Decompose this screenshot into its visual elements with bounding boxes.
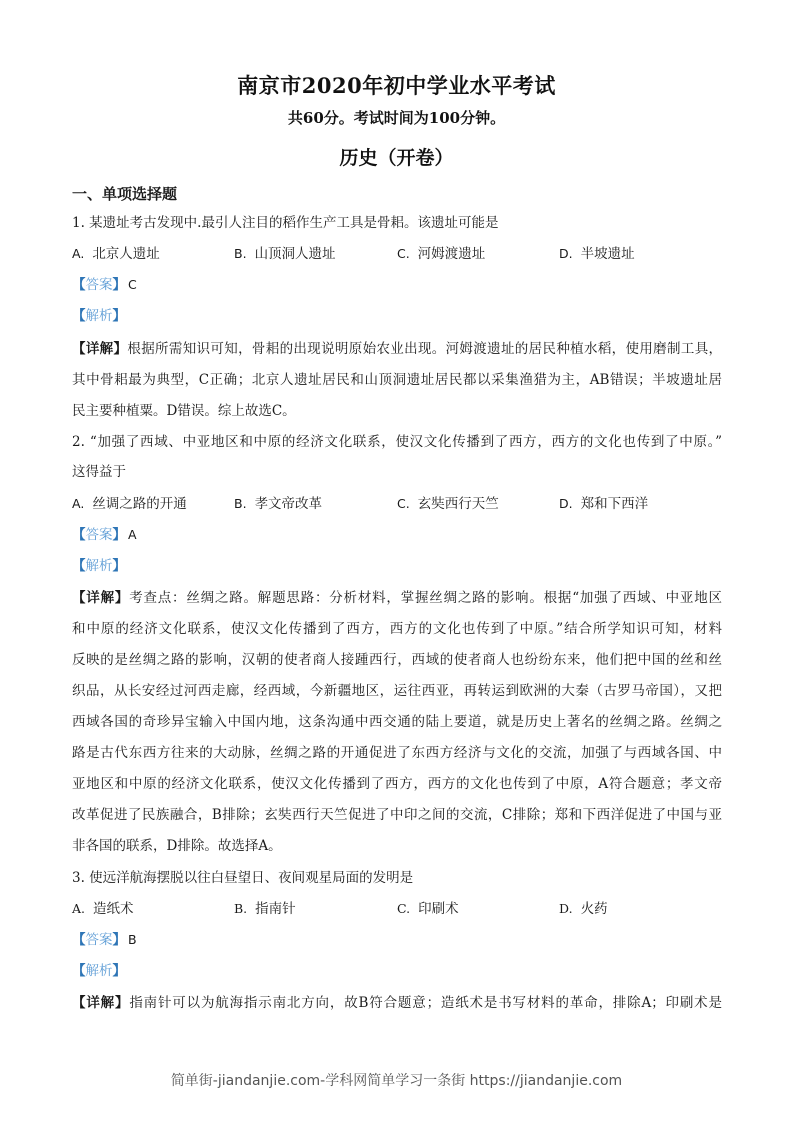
option-letter: C. — [397, 246, 410, 261]
question-1-detail-line: 民主要种植粟。D错误。综上故选C。 — [72, 402, 296, 420]
answer-tag: 【答案】 — [72, 932, 126, 948]
question-1-detail-line: 【详解】根据所需知识可知，骨耜的出现说明原始农业出现。河姆渡遗址的居民种植水稻，… — [72, 340, 722, 358]
analysis-tag: 【解析】 — [72, 558, 126, 574]
option-letter: A. — [72, 901, 85, 916]
detail-tag: 【详解】 — [72, 590, 129, 606]
question-2-detail-line: 反映的是丝绸之路的影响，汉朝的使者商人接踵西行，西域的使者商人也纷纷东来，他们把… — [72, 651, 722, 669]
question-3-option-b: B.指南针 — [234, 900, 296, 918]
option-letter: C. — [397, 901, 410, 916]
exam-title: 南京市2020年初中学业水平考试 — [0, 70, 793, 100]
question-3-option-c: C.印刷术 — [397, 900, 459, 918]
question-2-detail-line: 和中原的经济文化联系，使汉文化传播到了西方，西方的文化也传到了中原。”结合所学知… — [72, 620, 722, 638]
analysis-tag: 【解析】 — [72, 963, 126, 979]
question-1-option-b: B.山顶洞人遗址 — [234, 245, 336, 263]
option-text: 北京人遗址 — [92, 246, 160, 262]
question-2-detail-line: 非各国的联系，D排除。故选择A。 — [72, 837, 282, 855]
question-3-analysis-tag: 【解析】 — [72, 962, 126, 980]
question-2-option-d: D.郑和下西洋 — [559, 495, 648, 513]
option-text: 造纸术 — [93, 901, 134, 917]
answer-value: C — [128, 277, 137, 292]
option-letter: D. — [559, 246, 573, 261]
question-1-option-c: C.河姆渡遗址 — [397, 245, 485, 263]
question-1-stem: 1. 某遗址考古发现中.最引人注目的稻作生产工具是骨耜。该遗址可能是 — [72, 214, 498, 232]
analysis-tag: 【解析】 — [72, 308, 126, 324]
detail-tag: 【详解】 — [72, 341, 127, 357]
option-letter: B. — [234, 496, 247, 511]
page-footer-watermark: 简单街-jiandanjie.com-学科网简单学习一条街 https://ji… — [0, 1070, 793, 1090]
answer-value: B — [128, 932, 137, 947]
question-3-option-d: D.火药 — [559, 900, 608, 918]
option-text: 玄奘西行天竺 — [418, 496, 499, 512]
option-text: 郑和下西洋 — [581, 496, 649, 512]
question-2-detail-line: 西域各国的奇珍异宝输入中国内地，这条沟通中西交通的陆上要道，就是历史上著名的丝绸… — [72, 713, 722, 731]
question-1-answer: 【答案】C — [72, 276, 137, 294]
question-1-detail-line: 其中骨耜最为典型，C正确；北京人遗址居民和山顶洞遗址居民都以采集渔猎为主，AB错… — [72, 371, 722, 389]
answer-value: A — [128, 527, 137, 542]
option-text: 孝文帝改革 — [255, 496, 323, 512]
detail-tag: 【详解】 — [72, 995, 129, 1011]
question-1-option-d: D.半坡遗址 — [559, 245, 635, 263]
option-letter: D. — [559, 496, 573, 511]
option-letter: D. — [559, 901, 573, 916]
option-letter: A. — [72, 496, 84, 511]
option-text: 火药 — [581, 901, 608, 917]
option-letter: B. — [234, 246, 247, 261]
question-2-option-b: B.孝文帝改革 — [234, 495, 322, 513]
question-2-analysis-tag: 【解析】 — [72, 557, 126, 575]
question-3-answer: 【答案】B — [72, 931, 137, 949]
option-text: 指南针 — [255, 901, 296, 917]
question-1-option-a: A.北京人遗址 — [72, 245, 160, 263]
option-text: 半坡遗址 — [581, 246, 635, 262]
question-1-analysis-tag: 【解析】 — [72, 307, 126, 325]
option-letter: C. — [397, 496, 410, 511]
option-text: 河姆渡遗址 — [418, 246, 486, 262]
question-2-answer: 【答案】A — [72, 526, 137, 544]
question-2-stem: 这得益于 — [72, 463, 126, 481]
option-letter: B. — [234, 901, 247, 916]
answer-tag: 【答案】 — [72, 277, 126, 293]
question-2-detail-line: 【详解】考查点：丝绸之路。解题思路：分析材料，掌握丝绸之路的影响。根据“加强了西… — [72, 589, 722, 607]
question-2-detail-line: 改革促进了民族融合，B排除；玄奘西行天竺促进了中印之间的交流，C排除；郑和下西洋… — [72, 806, 722, 824]
answer-tag: 【答案】 — [72, 527, 126, 543]
exam-page: 南京市2020年初中学业水平考试 共60分。考试时间为100分钟。 历史（开卷）… — [0, 0, 793, 1122]
question-2-option-a: A.丝调之路的开通 — [72, 495, 187, 513]
question-3-stem: 3. 使远洋航海摆脱以往白昼望日、夜间观星局面的发明是 — [72, 869, 413, 887]
question-2-stem: 2. “加强了西域、中亚地区和中原的经济文化联系，使汉文化传播到了西方，西方的文… — [72, 433, 722, 451]
section-heading: 一、单项选择题 — [72, 183, 177, 204]
question-2-option-c: C.玄奘西行天竺 — [397, 495, 499, 513]
option-text: 印刷术 — [418, 901, 459, 917]
question-2-detail-line: 织品，从长安经过河西走廊，经西域，今新疆地区，运往西亚，再转运到欧洲的大秦（古罗… — [72, 682, 722, 700]
option-text: 丝调之路的开通 — [92, 496, 187, 512]
question-3-detail-line: 【详解】指南针可以为航海指示南北方向，故B符合题意；造纸术是书写材料的革命，排除… — [72, 994, 722, 1012]
question-2-detail-line: 亚地区和中原的经济文化联系，使汉文化传播到了西方，西方的文化也传到了中原，A符合… — [72, 775, 722, 793]
question-3-option-a: A.造纸术 — [72, 900, 134, 918]
option-text: 山顶洞人遗址 — [255, 246, 336, 262]
option-letter: A. — [72, 246, 84, 261]
question-2-detail-line: 路是古代东西方往来的大动脉，丝绸之路的开通促进了东西方经济与文化的交流，加强了与… — [72, 744, 722, 762]
exam-subject: 历史（开卷） — [0, 143, 793, 170]
exam-subtitle: 共60分。考试时间为100分钟。 — [0, 107, 793, 128]
